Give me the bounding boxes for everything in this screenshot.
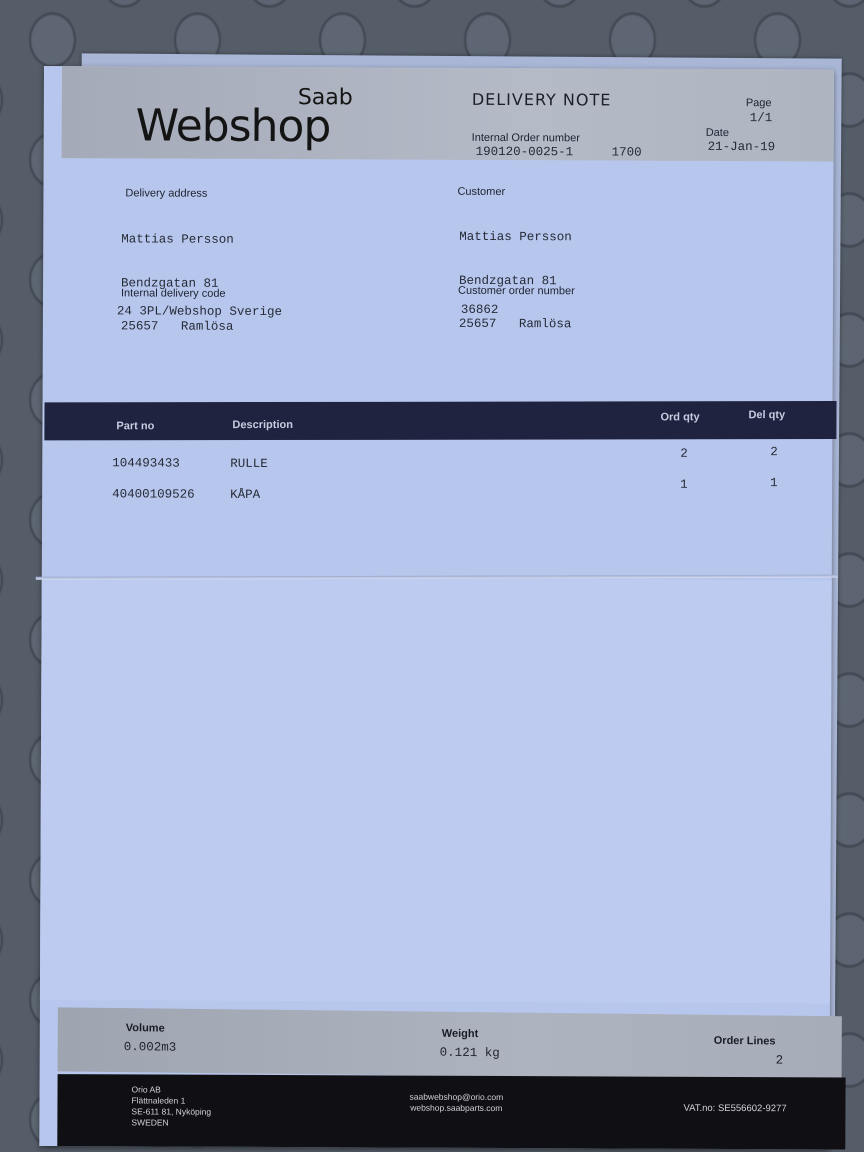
- order-lines-label: Order Lines: [714, 1035, 776, 1048]
- delivery-address-label: Delivery address: [125, 187, 207, 199]
- internal-delivery-code-label: Internal delivery code: [121, 287, 226, 299]
- internal-order-value: 190120-0025-1: [476, 145, 574, 159]
- page-value: 1/1: [750, 111, 773, 125]
- delivery-note-document: Saab Webshop DELIVERY NOTE Page 1/1 Date…: [39, 66, 834, 1149]
- part-no: 40400109526: [112, 487, 195, 501]
- volume-value: 0.002m3: [124, 1040, 177, 1055]
- footer-band: Orio AB Flättnaleden 1 SE-611 81, Nyköpi…: [57, 1074, 845, 1149]
- description: RULLE: [230, 457, 268, 471]
- ord-qty: 2: [680, 447, 688, 461]
- customer-label: Customer: [457, 186, 505, 198]
- company-email: saabwebshop@orio.com: [409, 1092, 503, 1103]
- company-address: Orio AB Flättnaleden 1 SE-611 81, Nyköpi…: [131, 1084, 211, 1128]
- internal-delivery-code-value: 24 3PL/Webshop Sverige: [117, 304, 282, 319]
- company-website: webshop.saabparts.com: [409, 1103, 503, 1114]
- logo-brand-main: Webshop: [136, 100, 331, 152]
- blank-area: [40, 577, 832, 1003]
- company-address-line: SE-611 81, Nyköping: [131, 1106, 211, 1117]
- internal-order-label: Internal Order number: [472, 132, 580, 144]
- volume-label: Volume: [126, 1022, 165, 1034]
- date-value: 21-Jan-19: [708, 140, 776, 154]
- company-contact: saabwebshop@orio.com webshop.saabparts.c…: [409, 1092, 503, 1114]
- column-header-del-qty: Del qty: [748, 409, 785, 421]
- document-title: DELIVERY NOTE: [472, 90, 612, 110]
- company-address-line: SWEDEN: [131, 1117, 211, 1128]
- column-header-part-no: Part no: [116, 420, 154, 432]
- delivery-address: Mattias Persson Bendzgatan 81 25657 Raml…: [121, 203, 234, 363]
- customer-address: Mattias Persson Bendzgatan 81 25657 Raml…: [459, 201, 572, 361]
- table-header: Part no Description Ord qty Del qty: [44, 401, 836, 440]
- page-label: Page: [746, 97, 772, 109]
- ord-qty: 1: [680, 478, 688, 492]
- table-row: 104493433 RULLE 2 2: [42, 456, 832, 489]
- customer-address-line: 25657 Ramlösa: [459, 317, 572, 332]
- header-band: Saab Webshop DELIVERY NOTE Page 1/1 Date…: [62, 66, 834, 161]
- summary-band: Volume 0.002m3 Weight 0.121 kg Order Lin…: [58, 1007, 842, 1080]
- delivery-address-line: Mattias Persson: [121, 232, 234, 247]
- internal-order-code: 1700: [612, 145, 642, 159]
- customer-order-number-value: 36862: [461, 303, 499, 317]
- customer-order-number-label: Customer order number: [458, 285, 575, 298]
- weight-value: 0.121 kg: [440, 1046, 500, 1061]
- table-row: 40400109526 KÅPA 1 1: [42, 487, 832, 520]
- del-qty: 2: [770, 445, 778, 459]
- del-qty: 1: [770, 476, 778, 490]
- weight-label: Weight: [442, 1028, 479, 1040]
- delivery-address-line: 25657 Ramlösa: [121, 319, 234, 334]
- column-header-description: Description: [232, 419, 293, 431]
- vat-number: VAT.no: SE556602-9277: [683, 1103, 786, 1114]
- part-no: 104493433: [112, 456, 180, 470]
- date-label: Date: [706, 127, 729, 139]
- customer-address-line: Mattias Persson: [459, 230, 572, 245]
- company-address-line: Orio AB: [132, 1084, 212, 1095]
- column-header-ord-qty: Ord qty: [660, 411, 699, 423]
- description: KÅPA: [230, 488, 260, 502]
- order-lines-value: 2: [776, 1053, 784, 1067]
- company-address-line: Flättnaleden 1: [131, 1095, 211, 1106]
